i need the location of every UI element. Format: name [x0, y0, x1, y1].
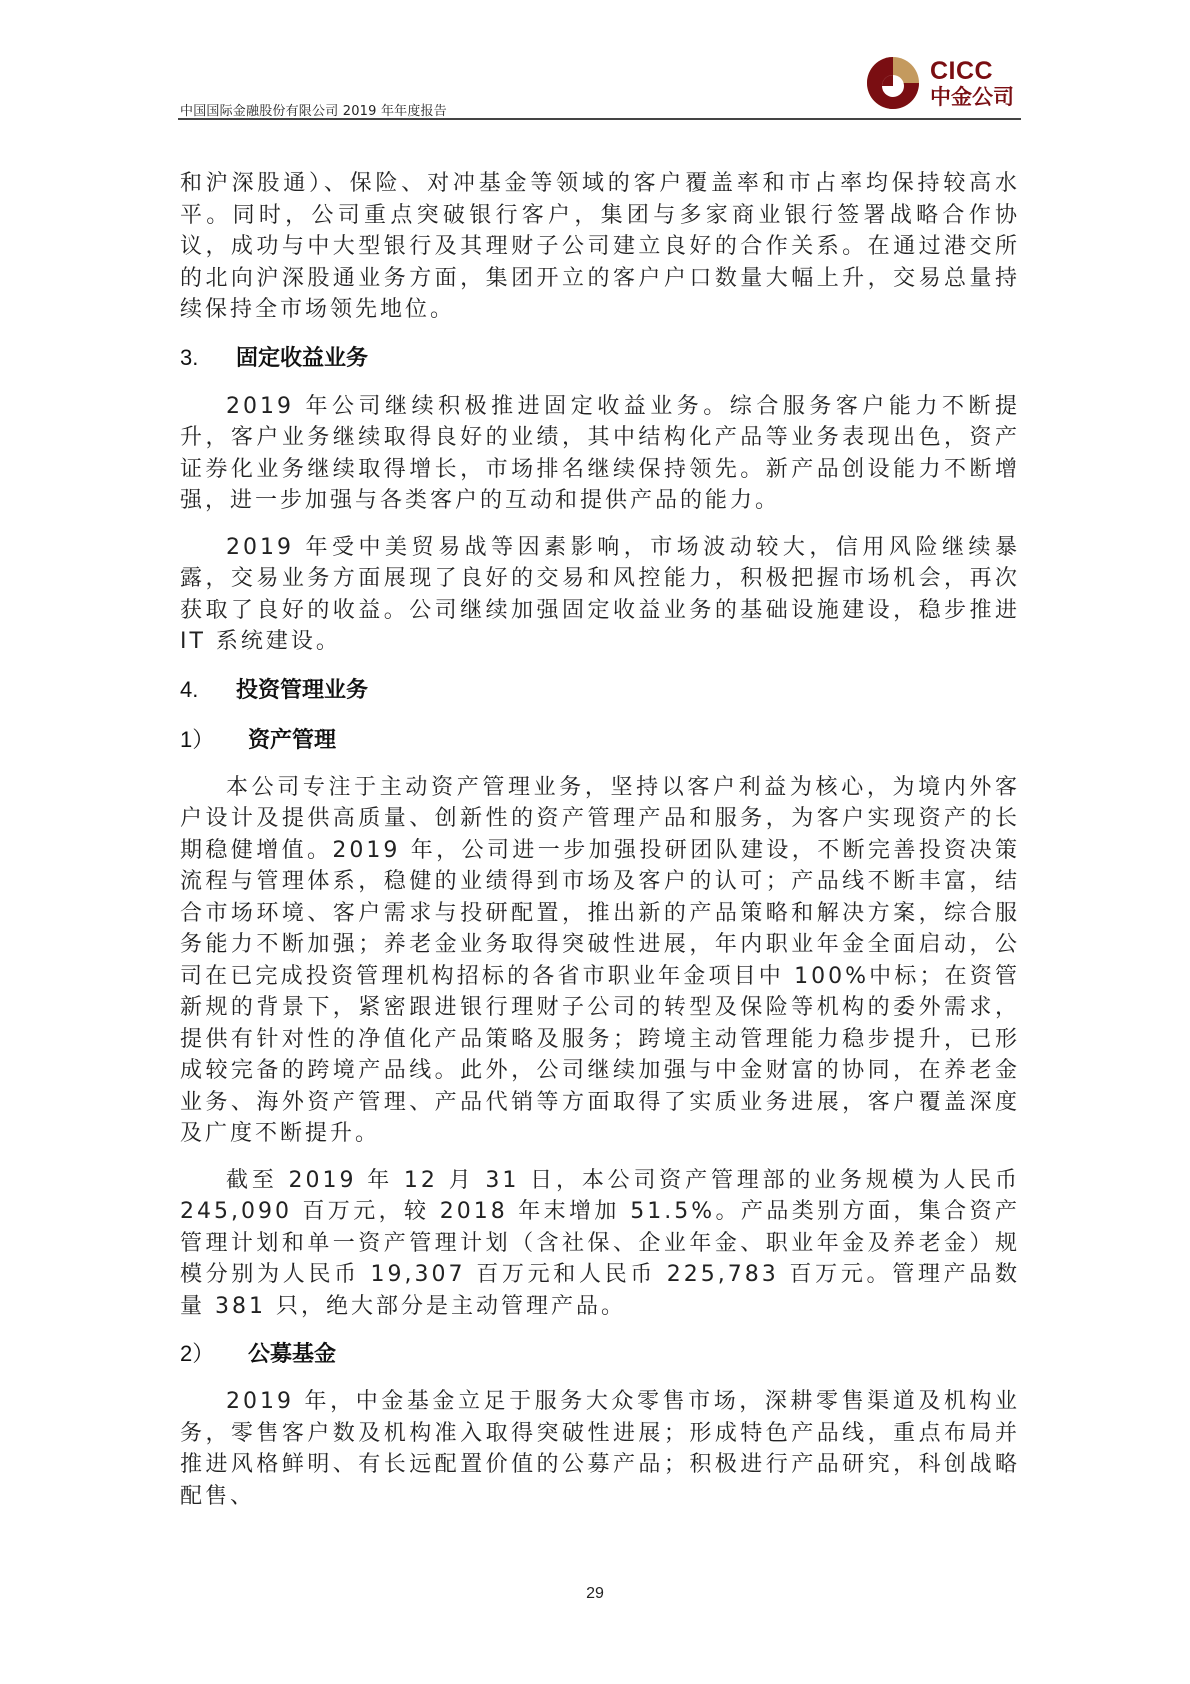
- subsection-title: 资产管理: [248, 728, 336, 753]
- section-title: 投资管理业务: [236, 678, 368, 703]
- document-body: 和沪深股通）、保险、对冲基金等领域的客户覆盖率和市占率均保持较高水平。同时，公司…: [180, 168, 1020, 1527]
- subsection-number: 1）: [180, 723, 248, 757]
- paragraph-asset-management-2: 截至 2019 年 12 月 31 日，本公司资产管理部的业务规模为人民币 24…: [180, 1165, 1020, 1323]
- report-title: 中国国际金融股份有限公司 2019 年年度报告: [180, 100, 447, 119]
- paragraph-intro: 和沪深股通）、保险、对冲基金等领域的客户覆盖率和市占率均保持较高水平。同时，公司…: [180, 168, 1020, 326]
- section-heading-fixed-income: 3.固定收益业务: [180, 341, 1020, 376]
- subsection-number: 2）: [180, 1337, 248, 1371]
- logo-text-zh: 中金公司: [930, 85, 1014, 109]
- header-divider: [178, 118, 1021, 120]
- cicc-logo: CICC 中金公司: [866, 56, 1022, 116]
- section-heading-investment-management: 4.投资管理业务: [180, 673, 1020, 708]
- subsection-title: 公募基金: [248, 1342, 336, 1367]
- section-title: 固定收益业务: [236, 346, 368, 371]
- subsection-heading-asset-management: 1）资产管理: [180, 723, 1020, 758]
- page-number: 29: [0, 1585, 1190, 1603]
- paragraph-fixed-income-1: 2019 年公司继续积极推进固定收益业务。综合服务客户能力不断提升，客户业务继续…: [180, 391, 1020, 517]
- logo-text-en: CICC: [930, 58, 993, 84]
- paragraph-public-funds-1: 2019 年，中金基金立足于服务大众零售市场，深耕零售渠道及机构业务，零售客户数…: [180, 1386, 1020, 1512]
- section-number: 3.: [180, 341, 236, 375]
- section-number: 4.: [180, 673, 236, 707]
- paragraph-fixed-income-2: 2019 年受中美贸易战等因素影响，市场波动较大，信用风险继续暴露，交易业务方面…: [180, 532, 1020, 658]
- paragraph-asset-management-1: 本公司专注于主动资产管理业务，坚持以客户利益为核心，为境内外客户设计及提供高质量…: [180, 772, 1020, 1150]
- cicc-logo-icon: [866, 56, 920, 110]
- subsection-heading-public-funds: 2）公募基金: [180, 1337, 1020, 1372]
